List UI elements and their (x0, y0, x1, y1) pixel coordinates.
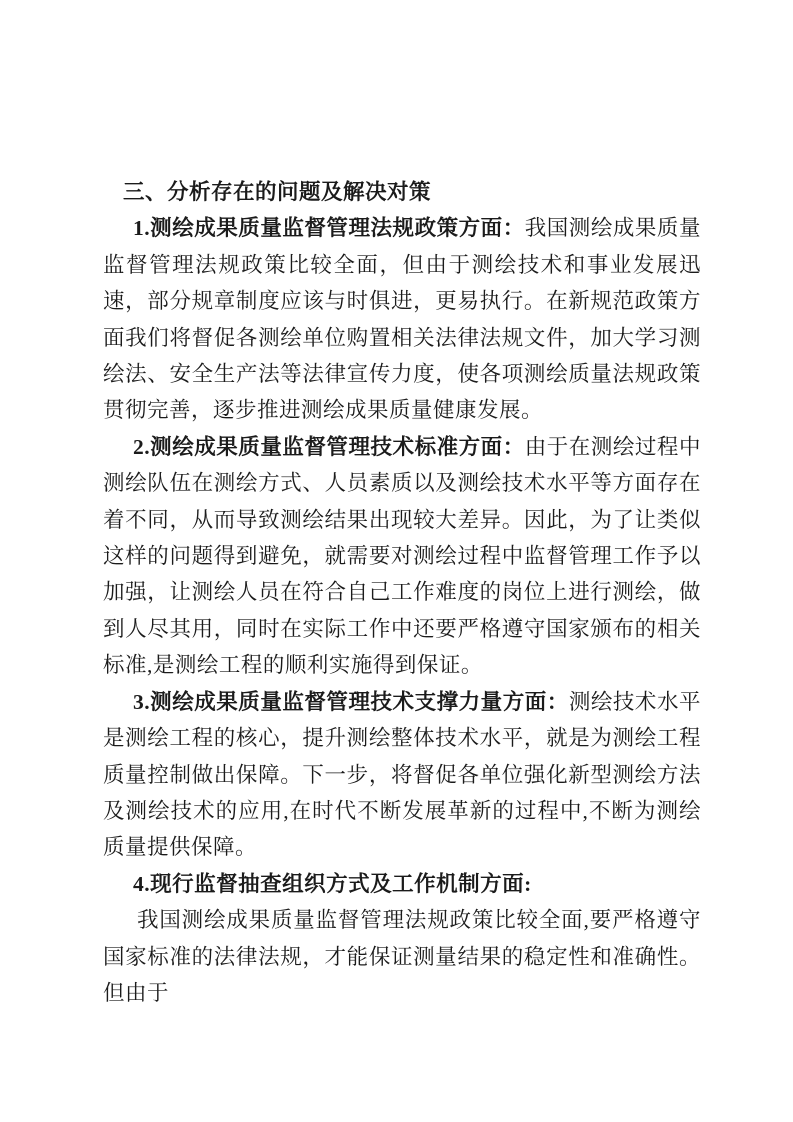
paragraph-4: 4.现行监督抽查组织方式及工作机制方面: (103, 866, 701, 902)
paragraph-1-body: 我国测绘成果质量监督管理法规政策比较全面，但由于测绘技术和事业发展迅速，部分规章… (103, 216, 701, 422)
paragraph-2-body: 由于在测绘过程中测绘队伍在测绘方式、人员素质以及测绘技术水平等方面存在着不同，从… (103, 435, 701, 677)
paragraph-3-lead: 3.测绘成果质量监督管理技术支撑力量方面： (133, 690, 569, 714)
paragraph-3-body: 测绘技术水平是测绘工程的核心，提升测绘整体技术水平，就是为测绘工程质量控制做出保… (103, 690, 701, 860)
document-content: 三、分析存在的问题及解决对策 1.测绘成果质量监督管理法规政策方面：我国测绘成果… (103, 174, 701, 1011)
paragraph-1-lead: 1.测绘成果质量监督管理法规政策方面： (133, 216, 525, 240)
paragraph-4-lead: 4.现行监督抽查组织方式及工作机制方面: (133, 872, 532, 896)
paragraph-2: 2.测绘成果质量监督管理技术标准方面：由于在测绘过程中测绘队伍在测绘方式、人员素… (103, 429, 701, 684)
paragraph-2-lead: 2.测绘成果质量监督管理技术标准方面： (133, 435, 525, 459)
paragraph-5-body: 我国测绘成果质量监督管理法规政策比较全面,要严格遵守国家标准的法律法规，才能保证… (103, 908, 701, 1005)
paragraph-1: 1.测绘成果质量监督管理法规政策方面：我国测绘成果质量监督管理法规政策比较全面，… (103, 210, 701, 428)
section-heading: 三、分析存在的问题及解决对策 (103, 174, 701, 210)
document-page: 三、分析存在的问题及解决对策 1.测绘成果质量监督管理法规政策方面：我国测绘成果… (0, 0, 793, 1122)
paragraph-5: 我国测绘成果质量监督管理法规政策比较全面,要严格遵守国家标准的法律法规，才能保证… (103, 902, 701, 1011)
paragraph-3: 3.测绘成果质量监督管理技术支撑力量方面：测绘技术水平是测绘工程的核心，提升测绘… (103, 684, 701, 866)
